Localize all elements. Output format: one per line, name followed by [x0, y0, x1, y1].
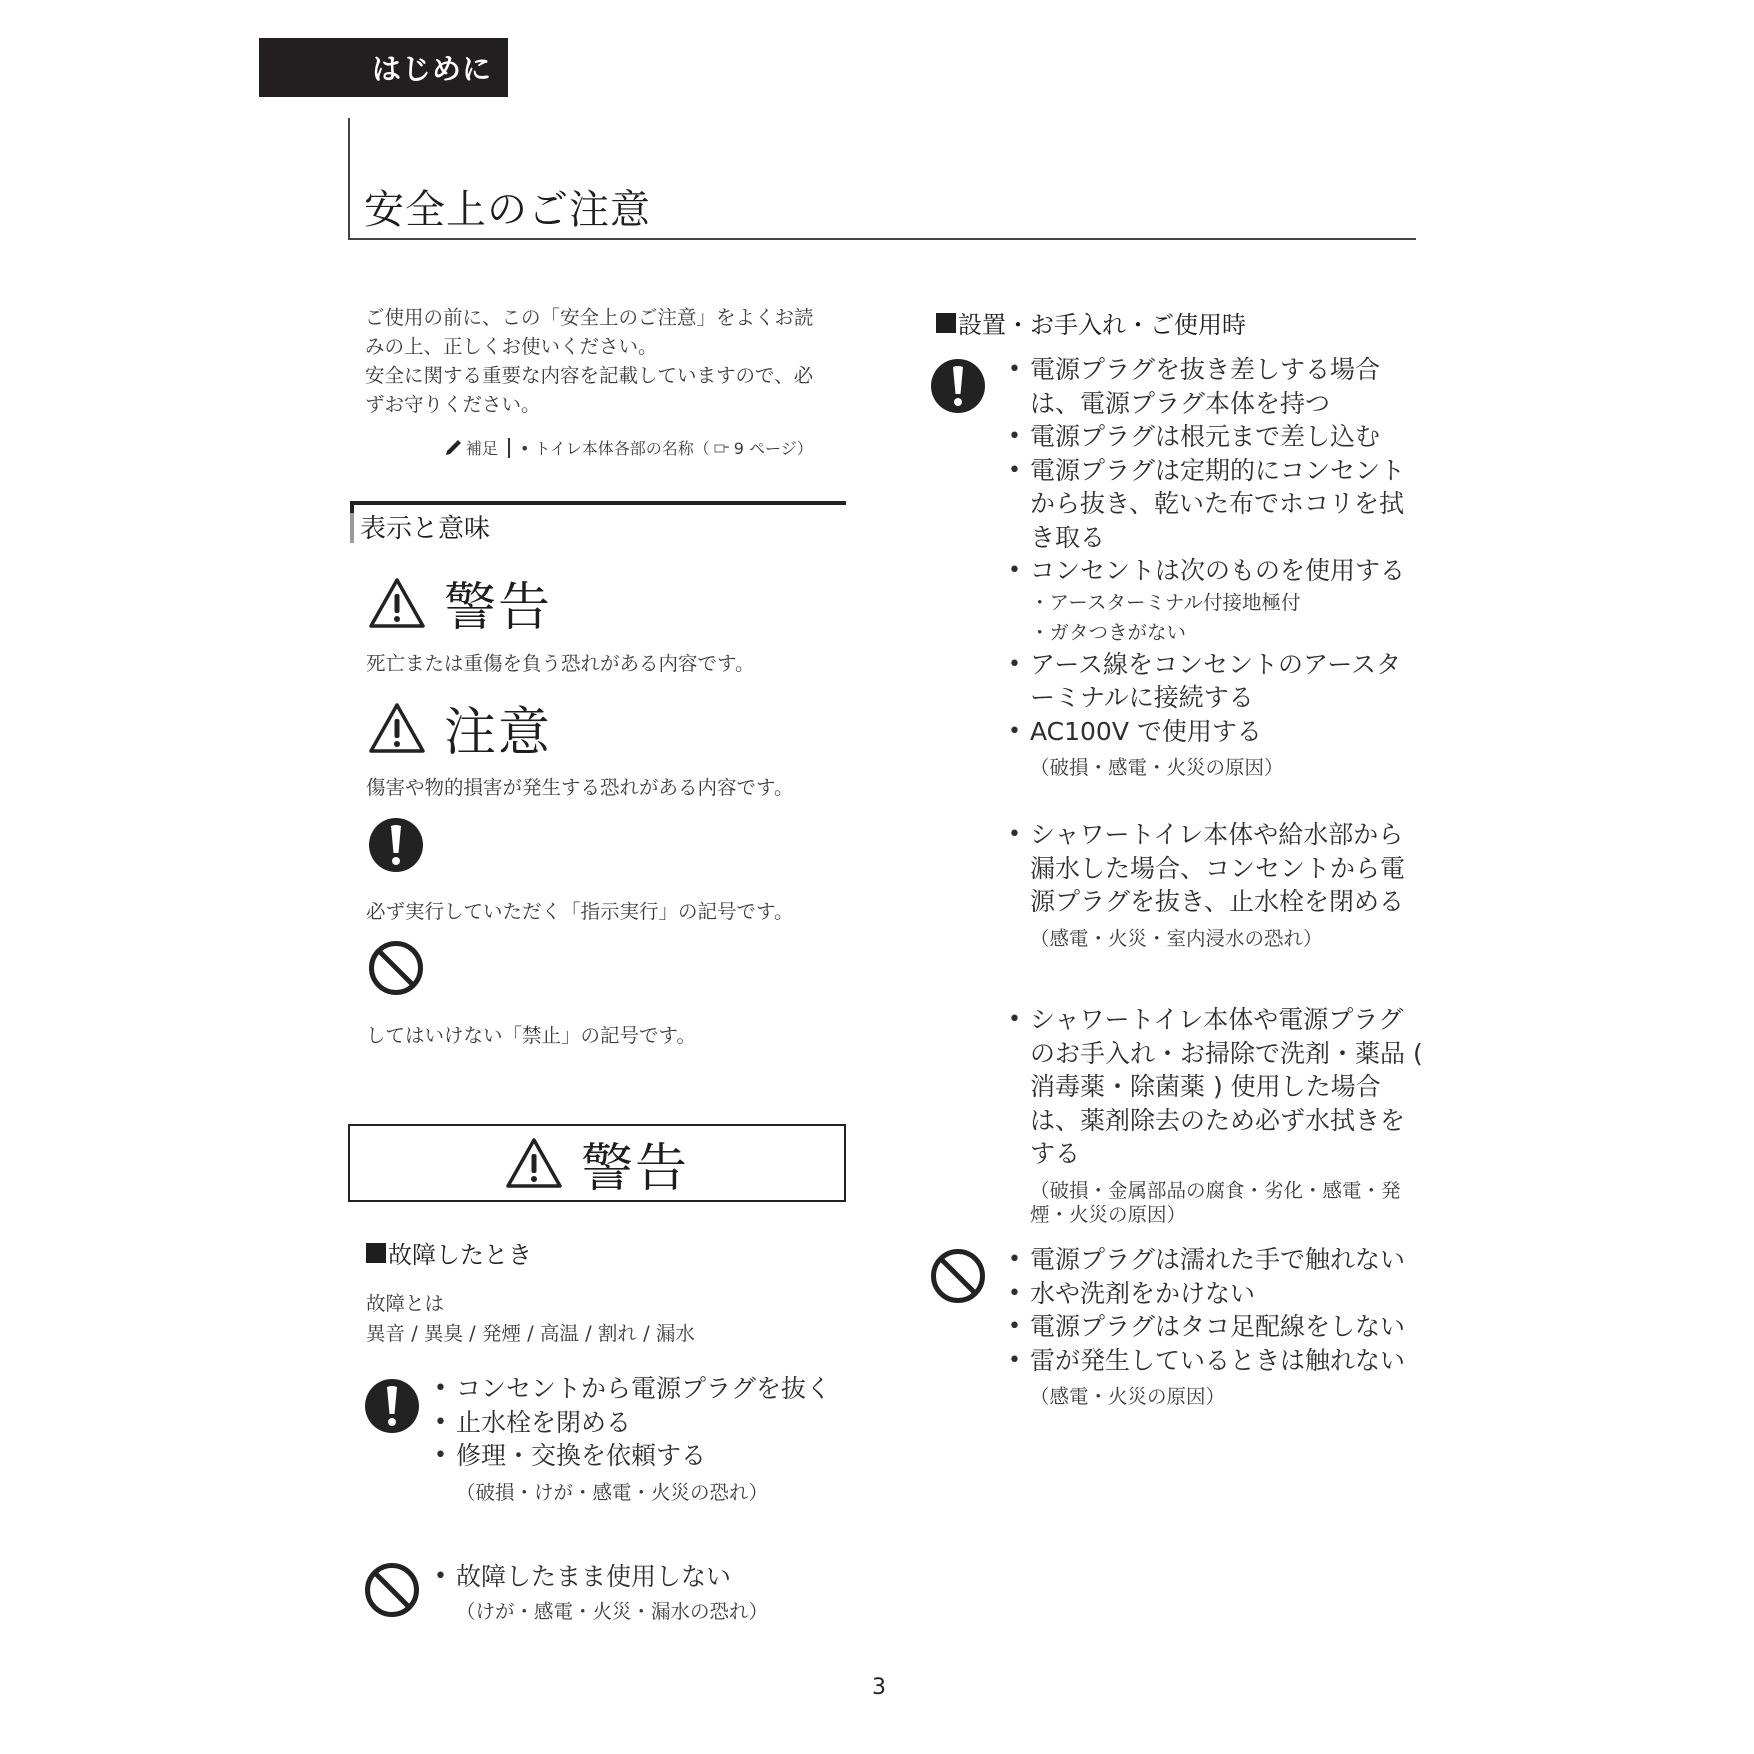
prohibited-icon — [930, 1248, 986, 1304]
chapter-tab-label: はじめに — [372, 47, 492, 88]
title-frame-vertical-line — [348, 118, 350, 240]
warning-triangle-icon — [505, 1137, 563, 1189]
list-item: 修理・交換を依頼する — [430, 1439, 850, 1473]
list-item: シャワートイレ本体や給水部から漏水した場合、コンセントから電源プラグを抜き、止水… — [1004, 818, 1424, 919]
list-item: コンセントは次のものを使用する — [1004, 554, 1424, 588]
legend-mandatory-description: 必ず実行していただく「指示実行」の記号です。 — [366, 896, 793, 924]
warning-banner: 警告 — [348, 1124, 846, 1202]
chapter-tab: はじめに — [259, 38, 508, 97]
intro-line: ご使用の前に、この「安全上のご注意」をよくお読 — [365, 303, 850, 332]
malfunction-prohibited-block: 故障したまま使用しない （けが・感電・火災・漏水の恐れ） — [430, 1560, 850, 1624]
mandatory-exclamation-icon — [364, 1378, 420, 1434]
page-title: 安全上のご注意 — [364, 178, 651, 235]
sub-list-item: ・アースターミナル付接地極付 — [1004, 588, 1424, 618]
legend-caution-description: 傷害や物的損害が発生する恐れがある内容です。 — [366, 772, 793, 800]
square-bullet-icon — [936, 313, 956, 333]
legend-warning-description: 死亡または重傷を負う恐れがある内容です。 — [366, 648, 754, 676]
legend-prohibited-description: してはいけない「禁止」の記号です。 — [366, 1020, 696, 1048]
list-item: コンセントから電源プラグを抜く — [430, 1372, 850, 1406]
list-item: 電源プラグは濡れた手で触れない — [1004, 1243, 1424, 1277]
prohibited-icon — [364, 1562, 420, 1618]
supplement-page-ref[interactable]: 9 ページ） — [734, 436, 813, 459]
malfunction-heading-text: 故障したとき — [388, 1235, 532, 1270]
page-number: 3 — [872, 1675, 886, 1700]
installation-mandatory-block-2: シャワートイレ本体や給水部から漏水した場合、コンセントから電源プラグを抜き、止水… — [1004, 818, 1424, 951]
list-item: 電源プラグは定期的にコンセントから抜き、乾いた布でホコリを拭き取る — [1004, 454, 1424, 555]
sub-list-item: ・ガタつきがない — [1004, 618, 1424, 648]
warning-banner-label: 警告 — [581, 1126, 689, 1201]
intro-line: みの上、正しくお使いください。 — [365, 332, 850, 361]
mandatory-exclamation-icon — [930, 358, 986, 414]
supplement-text: • トイレ本体各部の名称（ — [520, 436, 710, 459]
section-title: 表示と意味 — [360, 508, 490, 545]
malfunction-mandatory-block: コンセントから電源プラグを抜く 止水栓を閉める 修理・交換を依頼する （破損・け… — [430, 1372, 850, 1505]
risk-note: （けが・感電・火災・漏水の恐れ） — [430, 1600, 850, 1624]
title-frame-horizontal-line — [348, 238, 1416, 240]
supplement-divider — [508, 438, 510, 458]
list-item: シャワートイレ本体や電源プラグのお手入れ・お掃除で洗剤・薬品 ( 消毒薬・除菌薬… — [1004, 1003, 1424, 1171]
legend-warning-label: 警告 — [444, 565, 552, 640]
legend-warning: 警告 — [368, 565, 552, 640]
supplement-label: 補足 — [466, 436, 498, 459]
malfunction-definition-label: 故障とは — [366, 1288, 444, 1316]
list-item: 電源プラグを抜き差しする場合は、電源プラグ本体を持つ — [1004, 353, 1424, 420]
risk-note: （感電・火災の原因） — [1004, 1385, 1424, 1409]
list-item: 止水栓を閉める — [430, 1406, 850, 1440]
intro-line: ずお守りください。 — [365, 390, 850, 419]
list-item: 水や洗剤をかけない — [1004, 1277, 1424, 1311]
installation-mandatory-block-3: シャワートイレ本体や電源プラグのお手入れ・お掃除で洗剤・薬品 ( 消毒薬・除菌薬… — [1004, 1003, 1424, 1227]
legend-caution-label: 注意 — [444, 690, 552, 765]
prohibited-icon — [368, 940, 424, 996]
intro-paragraph: ご使用の前に、この「安全上のご注意」をよくお読 みの上、正しくお使いください。 … — [365, 303, 850, 419]
installation-prohibited-block: 電源プラグは濡れた手で触れない 水や洗剤をかけない 電源プラグはタコ足配線をしな… — [1004, 1243, 1424, 1409]
malfunction-definition-items: 異音 / 異臭 / 発煙 / 高温 / 割れ / 漏水 — [366, 1318, 695, 1346]
list-item: 電源プラグはタコ足配線をしない — [1004, 1310, 1424, 1344]
list-item: AC100V で使用する — [1004, 715, 1424, 749]
supplement-note: 補足 • トイレ本体各部の名称（ 9 ページ） — [444, 436, 813, 459]
installation-heading: 設置・お手入れ・ご使用時 — [936, 305, 1246, 340]
installation-mandatory-block-1: 電源プラグを抜き差しする場合は、電源プラグ本体を持つ 電源プラグは根元まで差し込… — [1004, 353, 1424, 780]
warning-triangle-icon — [368, 577, 426, 629]
risk-note: （破損・金属部品の腐食・劣化・感電・発煙・火災の原因） — [1004, 1179, 1424, 1227]
warning-triangle-icon — [368, 702, 426, 754]
risk-note: （破損・けが・感電・火災の恐れ） — [430, 1481, 850, 1505]
section-accent — [350, 513, 354, 543]
risk-note: （感電・火災・室内浸水の恐れ） — [1004, 927, 1424, 951]
installation-heading-text: 設置・お手入れ・ご使用時 — [958, 305, 1246, 340]
square-bullet-icon — [366, 1243, 386, 1263]
list-item: 故障したまま使用しない — [430, 1560, 850, 1594]
pointing-hand-icon — [714, 442, 730, 454]
list-item: 電源プラグは根元まで差し込む — [1004, 420, 1424, 454]
risk-note: （破損・感電・火災の原因） — [1004, 756, 1424, 780]
pencil-icon — [444, 439, 462, 457]
list-item: 雷が発生しているときは触れない — [1004, 1344, 1424, 1378]
intro-line: 安全に関する重要な内容を記載していますので、必 — [365, 361, 850, 390]
section-rule — [350, 501, 846, 505]
malfunction-heading: 故障したとき — [366, 1235, 532, 1270]
legend-caution: 注意 — [368, 690, 552, 765]
section-accent — [350, 501, 354, 513]
list-item: アース線をコンセントのアースターミナルに接続する — [1004, 648, 1424, 715]
mandatory-exclamation-icon — [368, 817, 424, 873]
